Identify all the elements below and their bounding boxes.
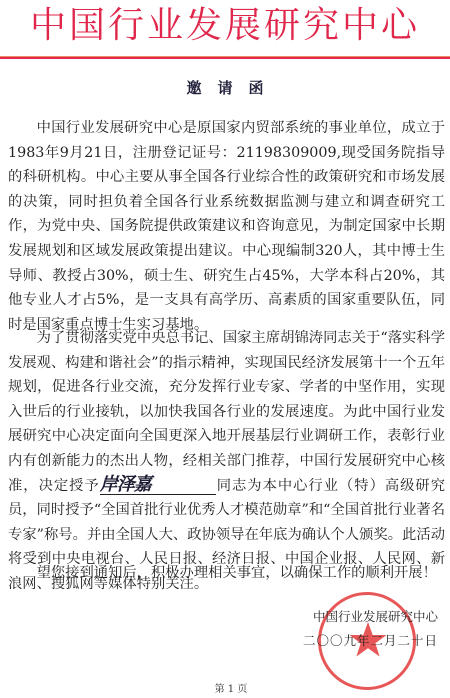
document-title: 邀请函 — [0, 78, 450, 98]
letterhead-title: 中国行业发展研究中心 — [0, 4, 450, 48]
award-text-before: 为了贯彻落实党中央总书记、国家主席胡锦涛同志关于“落实科学发展观、构建和谐社会”… — [8, 330, 445, 494]
page-number: 第 1 页 — [0, 680, 450, 695]
letterhead-divider — [0, 56, 450, 59]
signoff-organization: 中国行业发展研究中心 — [278, 608, 438, 626]
paragraph-intro: 中国行业发展研究中心是原国家内贸部系统的事业单位，成立于1983年9月21日，注… — [8, 116, 445, 337]
paragraph-award: 为了贯彻落实党中央总书记、国家主席胡锦涛同志关于“落实科学发展观、构建和谐社会”… — [8, 326, 445, 597]
paragraph-closing: 望您接到通知后，积极办理相关事宜，以确保工作的顺利开展！ — [8, 561, 445, 586]
handwritten-recipient-name: 岸泽嘉 — [100, 476, 216, 495]
signoff-date: 二〇〇九年二月二十日 — [278, 632, 438, 650]
